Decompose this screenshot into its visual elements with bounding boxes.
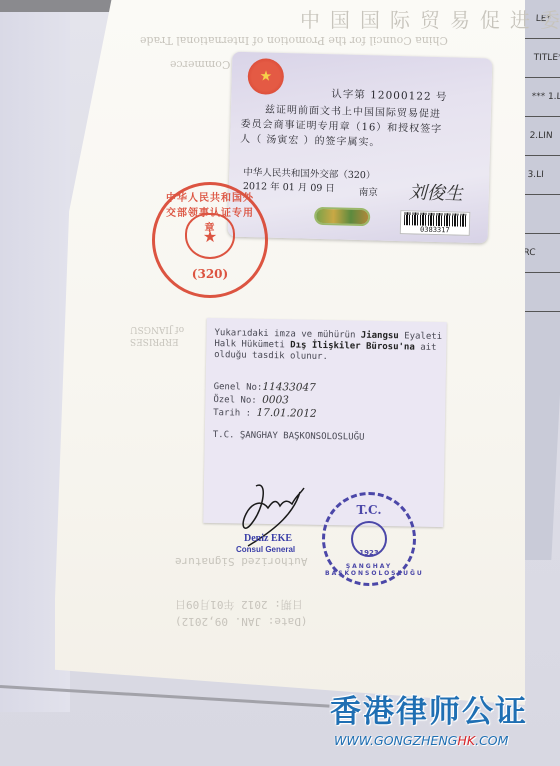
- url-hk: HK: [458, 733, 476, 748]
- url-prefix: WWW.GONGZHENG: [334, 733, 458, 748]
- site-watermark: 香港律师公证 WWW.GONGZHENGHK.COM: [330, 686, 560, 748]
- seal-top-text: T.C.: [325, 503, 413, 517]
- attestation-paragraph: Yukarıdaki imza ve mühürün Jiangsu Eyale…: [214, 328, 443, 365]
- consul-title: Consul General: [236, 545, 295, 554]
- hologram-icon: [316, 209, 368, 224]
- para-bold: Jiangsu: [361, 331, 399, 342]
- background-authorized-signature: Authorized Signature: [175, 555, 307, 568]
- tarih-row: Tarih : 17.01.2012: [213, 406, 317, 421]
- background-date-cn: 日期: 2012 年01月09日: [175, 597, 303, 613]
- seal-year: 1923: [325, 549, 413, 557]
- certificate-city: 南京: [359, 184, 378, 198]
- consulate-office: T.C. ŞANGHAY BAŞKONSOLOSLUĞU: [213, 430, 365, 443]
- mfa-red-seal: 中华人民共和国外交部领事认证专用章 ★ (320): [152, 182, 268, 298]
- background-date-en: (Date: JAN. 09,2012): [175, 615, 307, 628]
- seal-bottom-text: ŞANGHAY BAŞKONSOLOSLUĞU: [325, 563, 413, 577]
- seal-code: (320): [155, 267, 265, 281]
- consul-name: Deniz EKE: [236, 533, 295, 544]
- watermark-title: 香港律师公证: [330, 686, 560, 731]
- tarih-value: 17.01.2012: [256, 407, 316, 420]
- official-signature: 刘俊生: [409, 178, 464, 205]
- background-title-cn: 中国国际贸易促进委员会: [300, 4, 560, 33]
- mfa-authentication-sticker: ★ 认字第 12000122 号 兹证明前面文书上中国国际贸易促进 委员会商事证…: [228, 52, 493, 244]
- barcode: 0383317: [400, 210, 471, 236]
- seal-emblem-icon: ★: [185, 213, 235, 259]
- url-suffix: .COM: [475, 733, 508, 748]
- certificate-body: 兹证明前面文书上中国国际贸易促进 委员会商事证明专用章（16）和授权签字 人（ …: [240, 102, 481, 153]
- background-ref: of JIANGSU: [130, 324, 184, 334]
- genel-no-value: 11433047: [262, 381, 316, 394]
- tarih-label: Tarih :: [213, 408, 251, 419]
- ozel-no-value: 0003: [262, 394, 289, 406]
- background-ref-2: ERPRISES: [130, 336, 179, 346]
- consul-name-stamp: Deniz EKE Consul General: [236, 533, 295, 554]
- watermark-url: WWW.GONGZHENGHK.COM: [330, 733, 560, 748]
- national-emblem-icon: ★: [247, 58, 284, 95]
- certificate-number: 认字第 12000122 号: [331, 86, 447, 104]
- ozel-no-label: Özel No:: [213, 395, 257, 406]
- barcode-number: 0383317: [401, 225, 469, 235]
- genel-no-label: Genel No:: [214, 382, 263, 393]
- registry-fields: Genel No:11433047 Özel No: 0003 Tarih : …: [213, 380, 317, 421]
- background-title-en-1: China Council for the Promotion of Inter…: [140, 34, 448, 47]
- consulate-round-seal: T.C. 1923 ŞANGHAY BAŞKONSOLOSLUĞU: [322, 492, 416, 586]
